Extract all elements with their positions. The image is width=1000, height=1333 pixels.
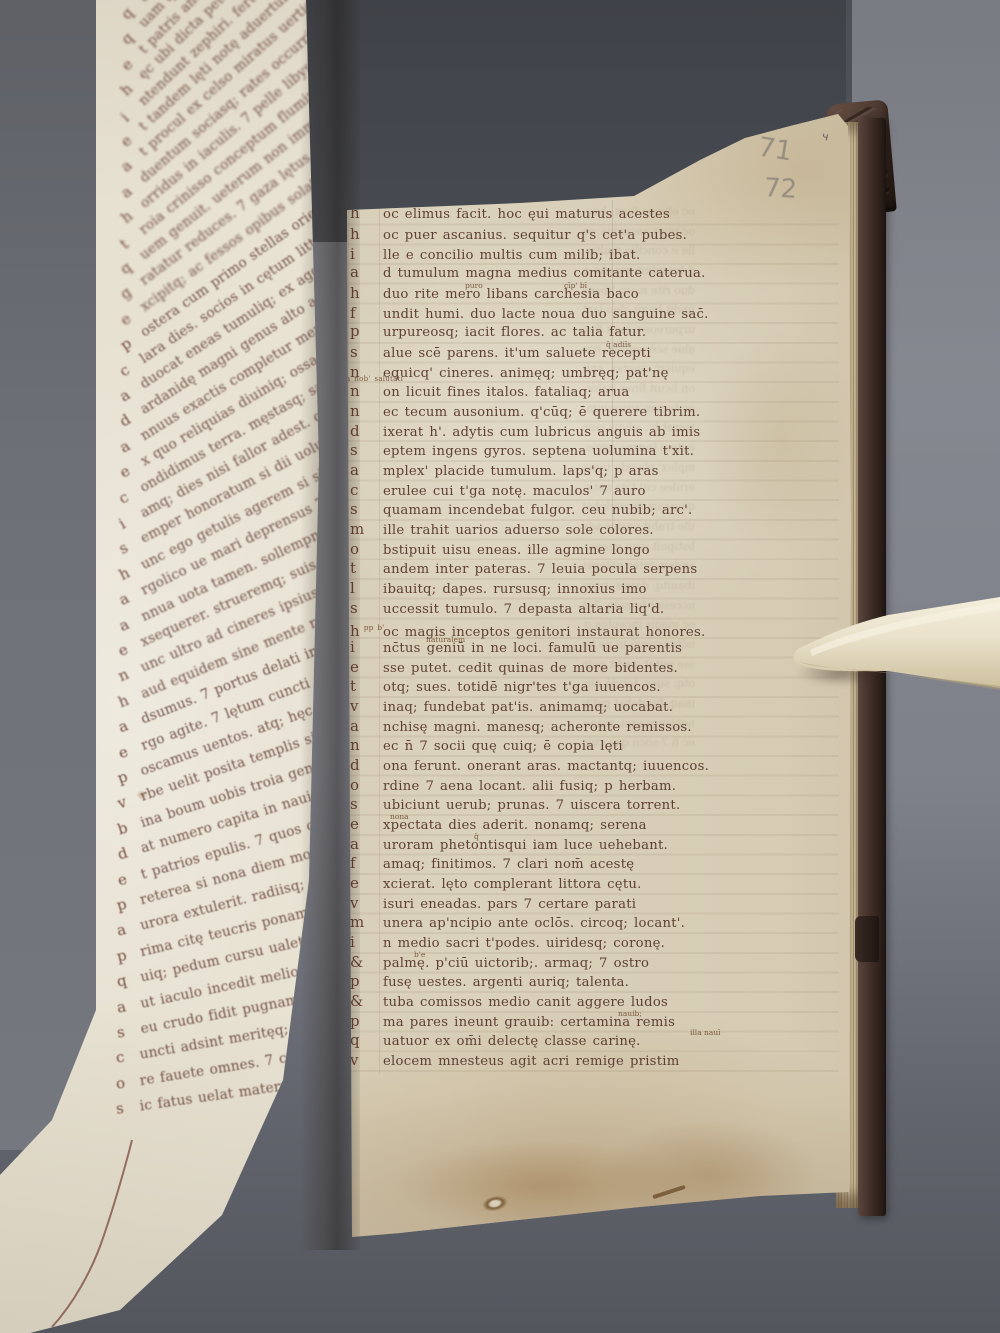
parchment-stain — [700, 330, 860, 550]
line-text: xpectata dies aderit. nonamq; serena — [383, 818, 647, 833]
interlinear-gloss: nauib; — [618, 1006, 642, 1021]
line-text: d tumulum magna medius comitante caterua… — [383, 266, 706, 281]
line-text: sse putet. cedit quinas de more bidentes… — [383, 661, 678, 676]
verse-line: vinaq; fundebat pat'is. animamq; uocabat… — [350, 699, 673, 715]
verse-line: purpureosq; iacit flores. ac talia fatur… — [350, 324, 646, 340]
line-text: bstipuit uisu eneas. ille agmine longo — [383, 543, 650, 558]
verse-line: nec tecum ausonium. q'cūq; ē querere tib… — [350, 404, 700, 420]
line-text: uccessit tumulo. 7 depasta altaria liq'd… — [383, 602, 664, 617]
line-text: andem inter pateras. 7 leuia pocula serp… — [383, 562, 697, 577]
verse-line: septem ingens gyros. septena uolumina t'… — [350, 443, 694, 459]
verse-line: nec n̄ 7 socii quę cuiq; ē copia lęti — [350, 738, 623, 754]
line-text: ec tecum ausonium. q'cūq; ē querere tibr… — [383, 405, 700, 420]
verse-line: quatuor ex om̄i delectę classe carinę.il… — [350, 1033, 641, 1049]
interlinear-gloss: cīp' bī — [564, 278, 587, 293]
line-text: ona ferunt. onerant aras. mactantq; iuue… — [383, 759, 709, 774]
line-text: n medio sacri t'podes. uiridesq; coronę. — [383, 936, 665, 951]
verse-line: &palmę. p'ciū uictorib;. armaq; 7 ostrob… — [350, 955, 649, 971]
line-text: quamam incendebat fulgor. ceu nubib; arc… — [383, 503, 692, 518]
line-text: uroram phetontisqui iam luce uehebant. — [383, 838, 668, 853]
verse-line: pma pares ineunt grauib: certamina remis… — [350, 1014, 675, 1030]
line-text: ixerat h'. adytis cum lubricus anguis ab… — [383, 425, 700, 440]
verse-line: anchisę magni. manesq; acheronte remisso… — [350, 719, 692, 735]
line-text: elocem mnesteus agit acri remige pristim — [383, 1054, 679, 1069]
verse-line: successit tumulo. 7 depasta altaria liq'… — [350, 601, 664, 617]
verse-line: nequicq' cineres. animęq; umbręq; pat'nę… — [350, 365, 669, 381]
verse-line: h pp b'oc magis inceptos genitori instau… — [350, 620, 705, 640]
line-text: nchisę magni. manesq; acheronte remissos… — [383, 720, 692, 735]
interlinear-gloss: q̄ — [474, 829, 479, 844]
verse-line: totq; sues. totidē nigr'tes t'ga iuuenco… — [350, 679, 661, 695]
verse-line: dixerat h'. adytis cum lubricus anguis a… — [350, 424, 700, 440]
verse-line: squamam incendebat fulgor. ceu nubib; ar… — [350, 502, 692, 518]
folio-number-71: 71 — [756, 132, 795, 168]
verse-line: tandem inter pateras. 7 leuia pocula ser… — [350, 561, 697, 577]
verse-line: mille trahit uarios aduerso sole colores… — [350, 522, 654, 538]
parchment-stain — [600, 1120, 820, 1230]
verse-line: excierat. lęto complerant littora cętu. — [350, 876, 642, 892]
verse-line: auroram phetontisqui iam luce uehebant.q… — [350, 837, 668, 853]
verse-line: cerulee cui t'ga notę. maculos' 7 auro — [350, 483, 646, 499]
verse-line: ordine 7 aena locant. alii fusiq; p herb… — [350, 778, 676, 794]
line-text: xcierat. lęto complerant littora cętu. — [383, 877, 642, 892]
verse-line: non licuit fines italos. fataliaq; arua — [350, 384, 630, 400]
verse-line: libauitq; dapes. rursusq; innoxius imo — [350, 581, 647, 597]
line-text: ubiciunt uerub; prunas. 7 uiscera torren… — [383, 798, 680, 813]
line-text: mplex' placide tumulum. laps'q; p aras — [383, 464, 659, 479]
verse-line: esse putet. cedit quinas de more bidente… — [350, 660, 678, 676]
line-text: on licuit fines italos. fataliaq; arua — [383, 385, 630, 400]
line-text: oc puer ascanius. sequitur q's cet'a pub… — [383, 228, 687, 243]
line-initial: o — [115, 1071, 141, 1092]
interlinear-gloss: illa nauī — [690, 1025, 721, 1040]
backdrop-left-strip — [0, 0, 97, 1150]
line-text: equicq' cineres. animęq; umbręq; pat'nę — [383, 366, 669, 381]
line-text: inaq; fundebat pat'is. animamq; uocabat. — [383, 700, 673, 715]
verse-line: hoc puer ascanius. sequitur q's cet'a pu… — [350, 227, 687, 243]
verse-line: hduo rite mero libans carchesia bacopuro… — [350, 286, 639, 302]
line-text: rdine 7 aena locant. alii fusiq; p herba… — [383, 779, 676, 794]
verse-line: expectata dies aderit. nonamq; serenanon… — [350, 817, 647, 833]
verse-line: dona ferunt. onerant aras. mactantq; iuu… — [350, 758, 709, 774]
interlinear-gloss: b'e — [414, 947, 425, 962]
line-text: undit humi. duo lacte noua duo sanguine … — [383, 307, 709, 322]
interlinear-gloss: puro — [465, 278, 483, 293]
verse-line: pfusę uestes. argenti auriq; talenta. — [350, 974, 629, 990]
gutter-shadow — [300, 0, 360, 1250]
interlinear-gloss: nona — [390, 809, 409, 824]
line-text: isuri eneadas. pars 7 certare parati — [383, 897, 636, 912]
bone-folder-shadow — [796, 660, 886, 686]
line-text: ec n̄ 7 socii quę cuiq; ē copia lęti — [383, 739, 623, 754]
line-text: unera ap'ncipio ante oclōs. circoq; loca… — [383, 916, 685, 931]
line-text: eptem ingens gyros. septena uolumina t'x… — [383, 444, 694, 459]
verse-line: munera ap'ncipio ante oclōs. circoq; loc… — [350, 915, 685, 931]
verse-line: in medio sacri t'podes. uiridesq; coronę… — [350, 935, 665, 951]
interlinear-gloss: q̄ adiīs — [606, 337, 631, 352]
line-text: otq; sues. totidē nigr'tes t'ga iuuencos… — [383, 680, 661, 695]
verse-line: velocem mnesteus agit acri remige pristi… — [350, 1053, 679, 1069]
verse-line: amplex' placide tumulum. laps'q; p aras — [350, 463, 659, 479]
line-text: duo rite mero libans carchesia baco — [383, 287, 639, 302]
line-text: amaq; finitimos. 7 clari nom̄ acestę — [383, 857, 634, 872]
line-text: erulee cui t'ga notę. maculos' 7 auro — [383, 484, 646, 499]
line-initial: s — [115, 1097, 141, 1118]
folio-number-72: 72 — [763, 173, 798, 205]
initial-gloss: pp b' — [360, 623, 384, 632]
verse-line: fundit humi. duo lacte noua duo sanguine… — [350, 306, 709, 322]
verse-line: ad tumulum magna medius comitante cateru… — [350, 265, 706, 281]
manuscript-photograph: { "photo": { "subject": "Open medieval m… — [0, 0, 1000, 1333]
verse-line: famaq; finitimos. 7 clari nom̄ acestę — [350, 856, 634, 872]
line-text: lle e concilio multis cum milib; ibat. — [383, 248, 640, 263]
line-text: ille trahit uarios aduerso sole colores. — [383, 523, 654, 538]
line-text: fusę uestes. argenti auriq; talenta. — [383, 975, 629, 990]
interlinear-gloss: naturalem — [426, 632, 465, 647]
verse-line: salue scē parens. it'um saluete receptiq… — [350, 345, 651, 361]
line-text: uatuor ex om̄i delectę classe carinę. — [383, 1034, 641, 1049]
verse-line: visuri eneadas. pars 7 certare parati — [350, 896, 636, 912]
line-text: ibauitq; dapes. rursusq; innoxius imo — [383, 582, 647, 597]
line-text: oc elimus facit. hoc ęui maturus acestes — [383, 207, 670, 222]
binding-clasp — [855, 916, 879, 962]
verse-line: ille e concilio multis cum milib; ibat. — [350, 247, 640, 263]
verse-line: hoc elimus facit. hoc ęui maturus aceste… — [350, 206, 670, 222]
verse-line: obstipuit uisu eneas. ille agmine longo — [350, 542, 650, 558]
verse-line: inc̄tus geniū in ne loci. famulū ue pare… — [350, 640, 682, 656]
